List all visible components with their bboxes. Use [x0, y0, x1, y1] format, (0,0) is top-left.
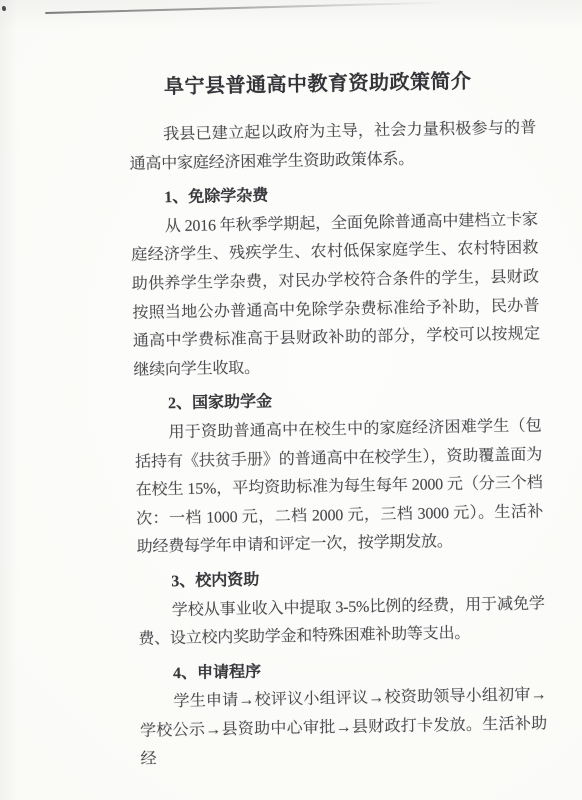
paper-fold-line	[45, 2, 445, 14]
scanned-document-page: 阜宁县普通高中教育资助政策简介 我县已建立起以政府为主导，社会力量积极参与的普通…	[0, 0, 582, 800]
section-4-body: 学生申请→校评议小组评议→校资助领导小组初审→学校公示→县资助中心审批→县财政打…	[139, 682, 548, 775]
document-content: 阜宁县普通高中教育资助政策简介 我县已建立起以政府为主导，社会力量积极参与的普通…	[128, 65, 548, 774]
section-2-body: 用于资助普通高中在校生中的家庭经济困难学生（包括持有《扶贫手册》的普通高中在校学…	[134, 412, 544, 562]
section-1-body: 从 2016 年秋季学期起，全面免除普通高中建档立卡家庭经济学生、残疾学生、农村…	[131, 206, 541, 385]
intro-paragraph: 我县已建立起以政府为主导，社会力量积极参与的普通高中家庭经济困难学生资助政策体系…	[129, 114, 537, 179]
scan-speck	[2, 6, 6, 11]
document-title: 阜宁县普通高中教育资助政策简介	[114, 66, 521, 103]
section-3-body: 学校从事业收入中提取 3-5%比例的经费，用于减免学费、设立校内奖助学金和特殊困…	[138, 590, 546, 655]
